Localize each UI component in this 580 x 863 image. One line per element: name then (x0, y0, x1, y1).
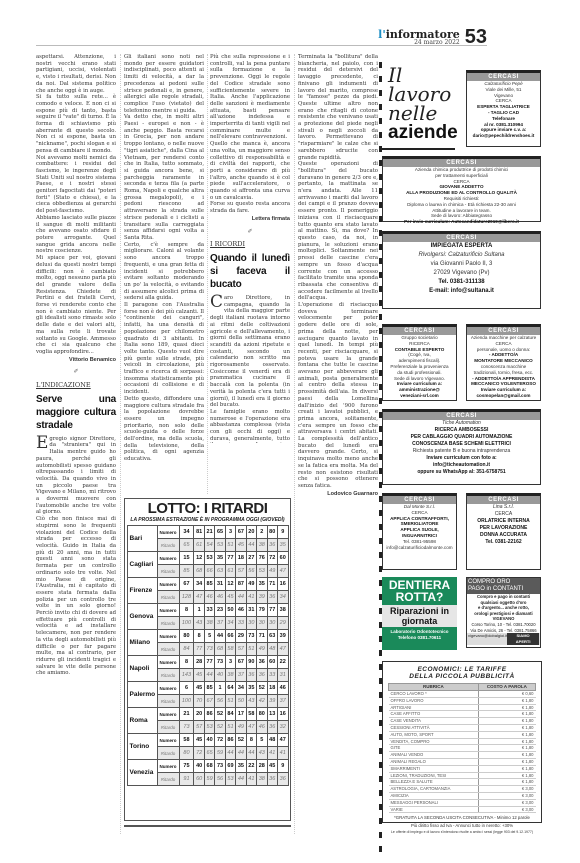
rate-row: VENDITA, COMPRO€ 1,80 (389, 738, 536, 745)
lotto-title: LOTTO: I RITARDI (125, 501, 290, 517)
paragraph: Ciò che non finisce mai di stupirmi sono… (36, 516, 116, 677)
rate-row: BELLEZZA E SALUTE€ 1,80 (389, 779, 536, 786)
rate-row: ANIMALI VENDO€ 1,80 (389, 752, 536, 759)
rate-row: MESSAGGI PERSONALI€ 3,00 (389, 799, 536, 806)
paragraph: Terminata la "bollitura" della biancheri… (298, 54, 378, 161)
classified-rates-table: ECONOMICI: LE TARIFFE DELLA PICCOLA PUBB… (382, 661, 542, 823)
rate-row: CESSIONI ATTIVITÀ€ 1,80 (389, 724, 536, 731)
page-number: 53 (465, 26, 487, 49)
job-ad-chimica: CERCASIAzienda chimica produttrice di pr… (382, 156, 541, 222)
paragraph: Va detto che, in molti altri Paesi - eur… (124, 114, 204, 241)
rate-row: CERCO LAVORO *€ 0,60 (389, 691, 536, 698)
paragraph: Si fa tutto sulla rete... è comodo e vel… (36, 94, 116, 154)
lotto-row-numero: TorinoNumero584540728652854847 (127, 734, 288, 747)
pen-separator-icon: ✐ (36, 369, 116, 376)
rate-row: GITE€ 1,80 (389, 745, 536, 752)
ad-header: CERCASI (467, 496, 540, 504)
open-badge: SIAMO APERTI (507, 633, 539, 645)
paragraph: Certo, c'è sempre da migliorare. Caloni … (124, 242, 204, 302)
rates-grid: RUBRICACOSTO A PAROLA CERCO LAVORO *€ 0,… (388, 683, 536, 813)
job-ad-contabile: CERCASIGruppo societarioRICERCACONTABILE… (382, 324, 457, 401)
column-divider (207, 54, 208, 494)
paragraph: Detto questo, diffondere una maggiore cu… (124, 396, 204, 463)
rate-row: LEZIONI, TRADUZIONI, TESI€ 1,80 (389, 772, 536, 779)
divider (381, 148, 455, 150)
section-title: Il lavoro nelle aziende (388, 66, 468, 142)
lotto-subtitle: LA PROSSIMA ESTRAZIONE È IN PROGRAMMA OG… (125, 517, 290, 523)
paragraph: aspettarsi. Attenzione, i nostri vecchi … (36, 54, 116, 94)
job-ad-dalmonte: CERCASIDal Monte S.r.l.CERCAAPPLICA CONT… (382, 493, 457, 570)
paragraph: Forse su questo resta ancora strada da f… (210, 201, 290, 214)
pen-separator-icon: ✐ (210, 229, 290, 236)
rate-row: ANIMALI REGALO€ 1,80 (389, 758, 536, 765)
rate-row: CASE AFFITTO€ 1,80 (389, 711, 536, 718)
section-kicker: I RICORDI (210, 241, 290, 248)
divider (124, 825, 291, 827)
lotto-row-numero: RomaNumero21208652841758801316 (127, 708, 288, 721)
letter-column-2: Gli italiani sono noti nel mondo per ess… (124, 54, 204, 463)
letter-signature: Vittorio Benamico (36, 357, 116, 364)
lotto-row-numero: MilanoNumero808544662973716339 (127, 630, 288, 643)
paragraph: Egregio signor Direttore, da "straniera"… (36, 436, 116, 516)
masthead: l'informatore 24 marzo 2022 53 (36, 26, 487, 46)
rate-row: OFFRO LAVORO€ 1,80 (389, 697, 536, 704)
lotto-row-numero: CagliariNumero15125335771827767260 (127, 552, 288, 565)
job-ad-pepe: CERCASICalzaturificio PepèViale dei Mill… (466, 70, 541, 147)
lotto-city: Napoli (127, 656, 157, 682)
lotto-grid: BariNumero34812165367202809Ritardo656154… (127, 525, 289, 786)
paragraph: Il paragone con l'Australia forse non è … (124, 302, 204, 396)
compro-oro-ad: COMPRO OROPAGO in CONTANTI Compro e pago… (466, 577, 541, 648)
rate-row: AMICIZIA€ 3,00 (389, 792, 536, 799)
column-header: RUBRICA (389, 684, 479, 691)
paragraph: Queste operazioni di "bollitura" del buc… (298, 161, 378, 302)
rate-row: AUTO, MOTO, SPORT€ 1,80 (389, 731, 536, 738)
drop-cap: E (36, 436, 48, 450)
column-divider (120, 54, 121, 834)
lotto-city: Palermo (127, 682, 157, 708)
job-ad-lina: CERCASILina S.r.l.CERCAORLATRICE INTERNA… (466, 493, 541, 570)
article-headline: Quando il lunedì si faceva il bucato (210, 252, 290, 291)
column-divider (294, 54, 295, 834)
letter-column-3: Più che sulla repressione e i controlli,… (210, 54, 290, 443)
lotto-delays-table: LOTTO: I RITARDI LA PROSSIMA ESTRAZIONE … (124, 498, 291, 821)
drop-cap: C (210, 295, 223, 309)
paragraph: Mi spiace per voi, giovani delusi da que… (36, 255, 116, 356)
letter-signature: Lettera firmata (210, 216, 290, 223)
lotto-city: Bari (127, 526, 157, 552)
lotto-city: Roma (127, 708, 157, 734)
lotto-row-numero: VeneziaNumero7540687369352228459 (127, 760, 288, 773)
letter-column-1: aspettarsi. Attenzione, i nostri vecchi … (36, 54, 116, 677)
job-ad-sultana: CERCASIIMPIEGATA ESPERTARivolgersi: Calz… (382, 231, 541, 309)
ad-header: CERCASI (383, 327, 456, 335)
ad-email: vigevano@dobalgioi.it (468, 633, 507, 645)
ad-header: CERCASI (383, 412, 540, 420)
job-ad-tiche: CERCASITiche AutomationRICERCA AMBOSESSI… (382, 409, 541, 485)
lotto-row-numero: NapoliNumero828777336790366022 (127, 656, 288, 669)
lotto-city: Milano (127, 630, 157, 656)
paragraph: L'operazione di risciacquo doveva termin… (298, 302, 378, 490)
rate-row: ASTROLOGIA, CARTOMANZIA€ 3,00 (389, 786, 536, 793)
rate-row: ARTIGIANI€ 1,80 (389, 704, 536, 711)
lotto-city: Firenze (127, 578, 157, 604)
article-headline: Serve una maggiore cultura stradale (36, 393, 116, 432)
ad-header: CERCASI (383, 496, 456, 504)
letter-signature: Lodovico Guarnaro (298, 491, 378, 498)
column-header: COSTO A PAROLA (478, 684, 535, 691)
rate-row: SMARRIMENTI€ 1,80 (389, 765, 536, 772)
paragraph: Noi avevamo molti nemici da combattere: … (36, 155, 116, 215)
paragraph: Quello che manca è, ancora una volta, un… (210, 141, 290, 201)
section-kicker: L'INDICAZIONE (36, 382, 116, 389)
job-ad-meccanico: CERCASIAzienda macchine per calzatureCER… (466, 324, 541, 401)
paragraph: Gli italiani sono noti nel mondo per ess… (124, 54, 204, 114)
lotto-row-numero: BariNumero34812165367202809 (127, 526, 288, 539)
ad-header: CERCASI (467, 73, 540, 81)
paragraph: Caro Direttore, in campagna, quando la v… (210, 295, 290, 409)
lotto-city: Venezia (127, 760, 157, 786)
lotto-city: Genova (127, 604, 157, 630)
letter-column-4: Terminata la "bollitura" della biancheri… (298, 54, 378, 854)
paragraph: Le famiglie erano molto numerose e l'ope… (210, 409, 290, 443)
paragraph: Abbiamo lasciato sulle piazze il sangue … (36, 215, 116, 255)
ad-header: CERCASI (383, 159, 540, 167)
lotto-city: Cagliari (127, 552, 157, 578)
newspaper-brand: l'informatore 24 marzo 2022 (378, 29, 460, 46)
lotto-row-numero: GenovaNumero813323504631797738 (127, 604, 288, 617)
dentiera-ad: DENTIERA ROTTA? Riparazioni in giornata … (382, 577, 457, 650)
ad-header: CERCASI (467, 327, 540, 335)
lotto-row-numero: FirenzeNumero67348531128749357116 (127, 578, 288, 591)
rate-row: CASE VENDITA€ 1,80 (389, 718, 536, 725)
lotto-city: Torino (127, 734, 157, 760)
ad-header: CERCASI (383, 234, 540, 242)
paragraph: Più che sulla repressione e i controlli,… (210, 54, 290, 141)
lotto-row-numero: PalermoNumero645851643435521846 (127, 682, 288, 695)
rate-row: VARIE€ 3,00 (389, 806, 536, 813)
